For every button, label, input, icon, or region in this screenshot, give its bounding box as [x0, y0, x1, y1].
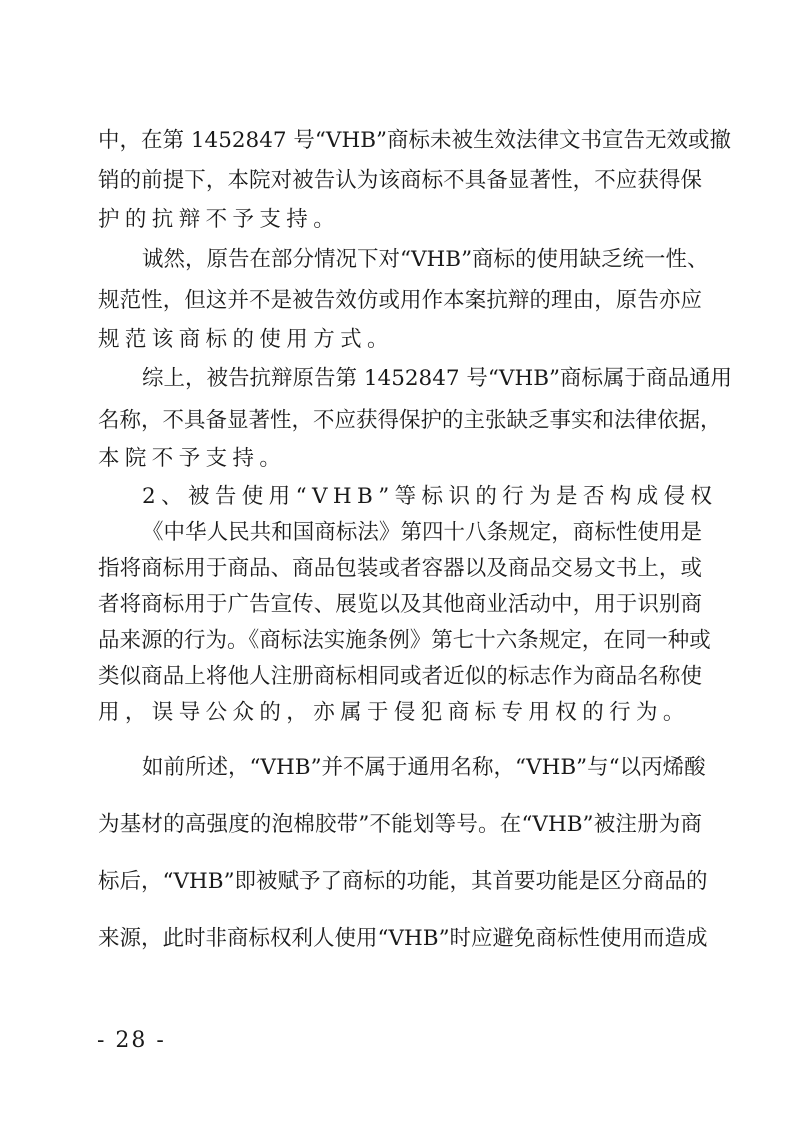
body-line-3: 护的抗辩不予支持。: [98, 205, 702, 235]
body-line-13: 者将商标用于广告宣传、展览以及其他商业活动中，用于识别商: [98, 590, 702, 620]
body-line-5: 规范性，但这并不是被告效仿或用作本案抗辩的理由，原告亦应: [98, 286, 702, 316]
body-line-18: 为基材的高强度的泡棉胶带”不能划等号。在“VHB”被注册为商: [98, 810, 702, 840]
body-line-8: 名称，不具备显著性，不应获得保护的主张缺乏事实和法律依据，: [98, 406, 702, 436]
body-line-20: 来源，此时非商标权利人使用“VHB”时应避免商标性使用而造成: [98, 924, 702, 954]
body-line-1: 中，在第 1452847 号“VHB”商标未被生效法律文书宣告无效或撤: [98, 126, 702, 156]
body-line-2: 销的前提下，本院对被告认为该商标不具备显著性，不应获得保: [98, 166, 702, 196]
body-line-16: 用，误导公众的，亦属于侵犯商标专用权的行为。: [98, 698, 702, 728]
body-line-15: 类似商品上将他人注册商标相同或者近似的标志作为商品名称使: [98, 662, 702, 692]
body-line-14: 品来源的行为。《商标法实施条例》第七十六条规定，在同一种或: [98, 626, 702, 656]
body-line-17: 如前所述，“VHB”并不属于通用名称，“VHB”与“以丙烯酸: [98, 753, 702, 783]
document-page: 中，在第 1452847 号“VHB”商标未被生效法律文书宣告无效或撤 销的前提…: [0, 0, 794, 1123]
section-heading: 2、被告使用“VHB”等标识的行为是否构成侵权: [98, 482, 702, 512]
body-line-4: 诚然，原告在部分情况下对“VHB”商标的使用缺乏统一性、: [98, 245, 702, 275]
body-line-6: 规范该商标的使用方式。: [98, 325, 702, 355]
body-line-11: 《中华人民共和国商标法》第四十八条规定，商标性使用是: [98, 518, 702, 548]
body-line-7: 综上，被告抗辩原告第 1452847 号“VHB”商标属于商品通用: [98, 364, 702, 394]
body-line-19: 标后，“VHB”即被赋予了商标的功能，其首要功能是区分商品的: [98, 867, 702, 897]
page-number: - 28 -: [97, 1028, 166, 1053]
body-line-9: 本院不予支持。: [98, 444, 702, 474]
body-line-12: 指将商标用于商品、商品包装或者容器以及商品交易文书上，或: [98, 554, 702, 584]
